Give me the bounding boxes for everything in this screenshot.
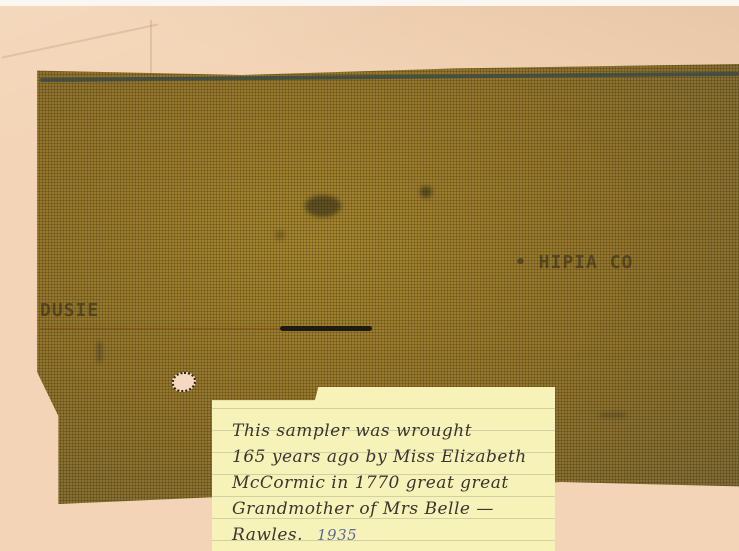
stain-mark <box>420 186 432 198</box>
note-line-last: Rawles.1935 <box>232 522 552 548</box>
stitch-mark <box>600 413 626 417</box>
dark-thread-remnant <box>280 326 372 331</box>
stitched-letters-right: • HIPIA CO <box>515 252 633 273</box>
stain-mark <box>305 195 341 217</box>
scan-border <box>0 0 739 6</box>
note-line: This sampler was wrought <box>232 418 552 444</box>
note-line: Grandmother of Mrs Belle — <box>232 496 552 522</box>
note-line: 165 years ago by Miss Elizabeth <box>232 444 552 470</box>
stain-mark <box>275 230 285 240</box>
faded-stitch-row <box>40 328 280 330</box>
note-line: McCormic in 1770 great great <box>232 470 552 496</box>
note-year: 1935 <box>317 526 357 544</box>
note-signoff: Rawles. <box>232 525 303 545</box>
stitched-letters-left: DUSIE <box>40 300 99 321</box>
note-text: This sampler was wrought 165 years ago b… <box>232 418 552 548</box>
paper-crease <box>150 20 152 80</box>
stitch-mark <box>98 342 101 362</box>
